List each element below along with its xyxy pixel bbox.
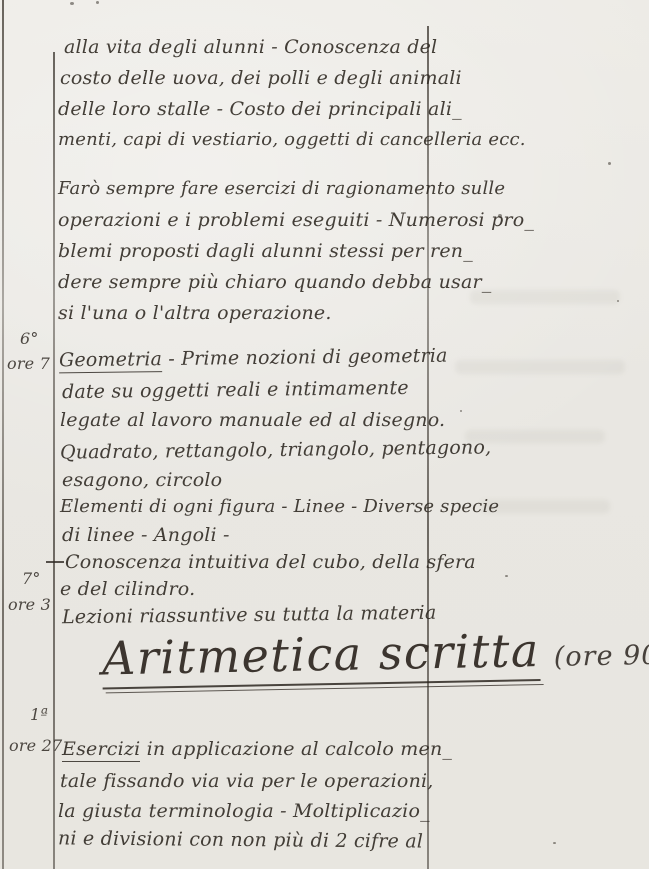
main-heading-title: Aritmetica scritta [102, 623, 541, 689]
ink-speck [96, 1, 99, 4]
manuscript-line: Quadrato, rettangolo, triangolo, pentago… [60, 434, 492, 465]
manuscript-line: Elementi di ogni figura - Linee - Divers… [60, 494, 499, 520]
lead-word-esercizi: Esercizi [62, 738, 140, 762]
manuscript-line: la giusta terminologia - Moltiplicazio_ [58, 798, 430, 824]
margin-ordinal-6: 6° [20, 326, 39, 352]
ink-speck [608, 162, 611, 165]
manuscript-line: blemi proposti dagli alunni stessi per r… [58, 238, 473, 264]
section-title-rest: - Prime nozioni di geometria [162, 345, 448, 370]
page-edge-line [2, 0, 4, 869]
bleed-through-smudge [455, 360, 625, 374]
section-title-geometria: Geometria [59, 348, 162, 373]
manuscript-text: in applicazione al calcolo men_ [140, 738, 452, 760]
bleed-through-smudge [480, 500, 610, 513]
manuscript-line: tale fissando via via per le operazioni, [60, 768, 434, 794]
bleed-through-smudge [470, 290, 620, 304]
manuscript-line: ni e divisioni con non più di 2 cifre al [58, 825, 423, 854]
stray-dash-mark [46, 561, 64, 563]
manuscript-line: di linee - Angoli - [62, 522, 230, 548]
main-heading: Aritmetica scritta(ore 90) [102, 621, 649, 686]
ink-speck [553, 842, 556, 844]
ink-speck [505, 575, 508, 577]
margin-hours-6: ore 7 [7, 351, 50, 377]
manuscript-line: operazioni e i problemi eseguiti - Numer… [58, 207, 534, 233]
manuscript-line: legate al lavoro manuale ed al disegno. [60, 407, 445, 433]
manuscript-line: delle loro stalle - Costo dei principali… [58, 96, 462, 122]
margin-hours-7: ore 3 [8, 592, 51, 618]
main-heading-hours: (ore 90) [554, 640, 649, 673]
manuscript-line: alla vita degli alunni - Conoscenza del [64, 34, 437, 60]
ink-speck [70, 2, 74, 5]
ink-speck [460, 410, 462, 412]
manuscript-line: Farò sempre fare esercizi di ragionament… [58, 176, 505, 202]
manuscript-line: Esercizi in applicazione al calcolo men_ [62, 736, 452, 762]
manuscript-line: e del cilindro. [60, 576, 195, 602]
scanned-manuscript-page: alla vita degli alunni - Conoscenza del … [0, 0, 649, 869]
manuscript-line: Geometria - Prime nozioni di geometria [59, 343, 448, 374]
manuscript-line: date su oggetti reali e intimamente [62, 375, 409, 405]
manuscript-line: dere sempre più chiaro quando debba usar… [58, 269, 491, 295]
margin-ordinal-1: 1ª [30, 702, 48, 728]
margin-ordinal-7: 7° [22, 566, 41, 592]
manuscript-line: Conoscenza intuitiva del cubo, della sfe… [65, 549, 476, 575]
manuscript-line: si l'una o l'altra operazione. [58, 300, 332, 326]
margin-hours-1: ore 27 [9, 733, 62, 759]
manuscript-line: costo delle uova, dei polli e degli anim… [60, 65, 462, 91]
manuscript-line: esagono, circolo [62, 467, 222, 493]
manuscript-line: menti, capi di vestiario, oggetti di can… [58, 127, 526, 153]
